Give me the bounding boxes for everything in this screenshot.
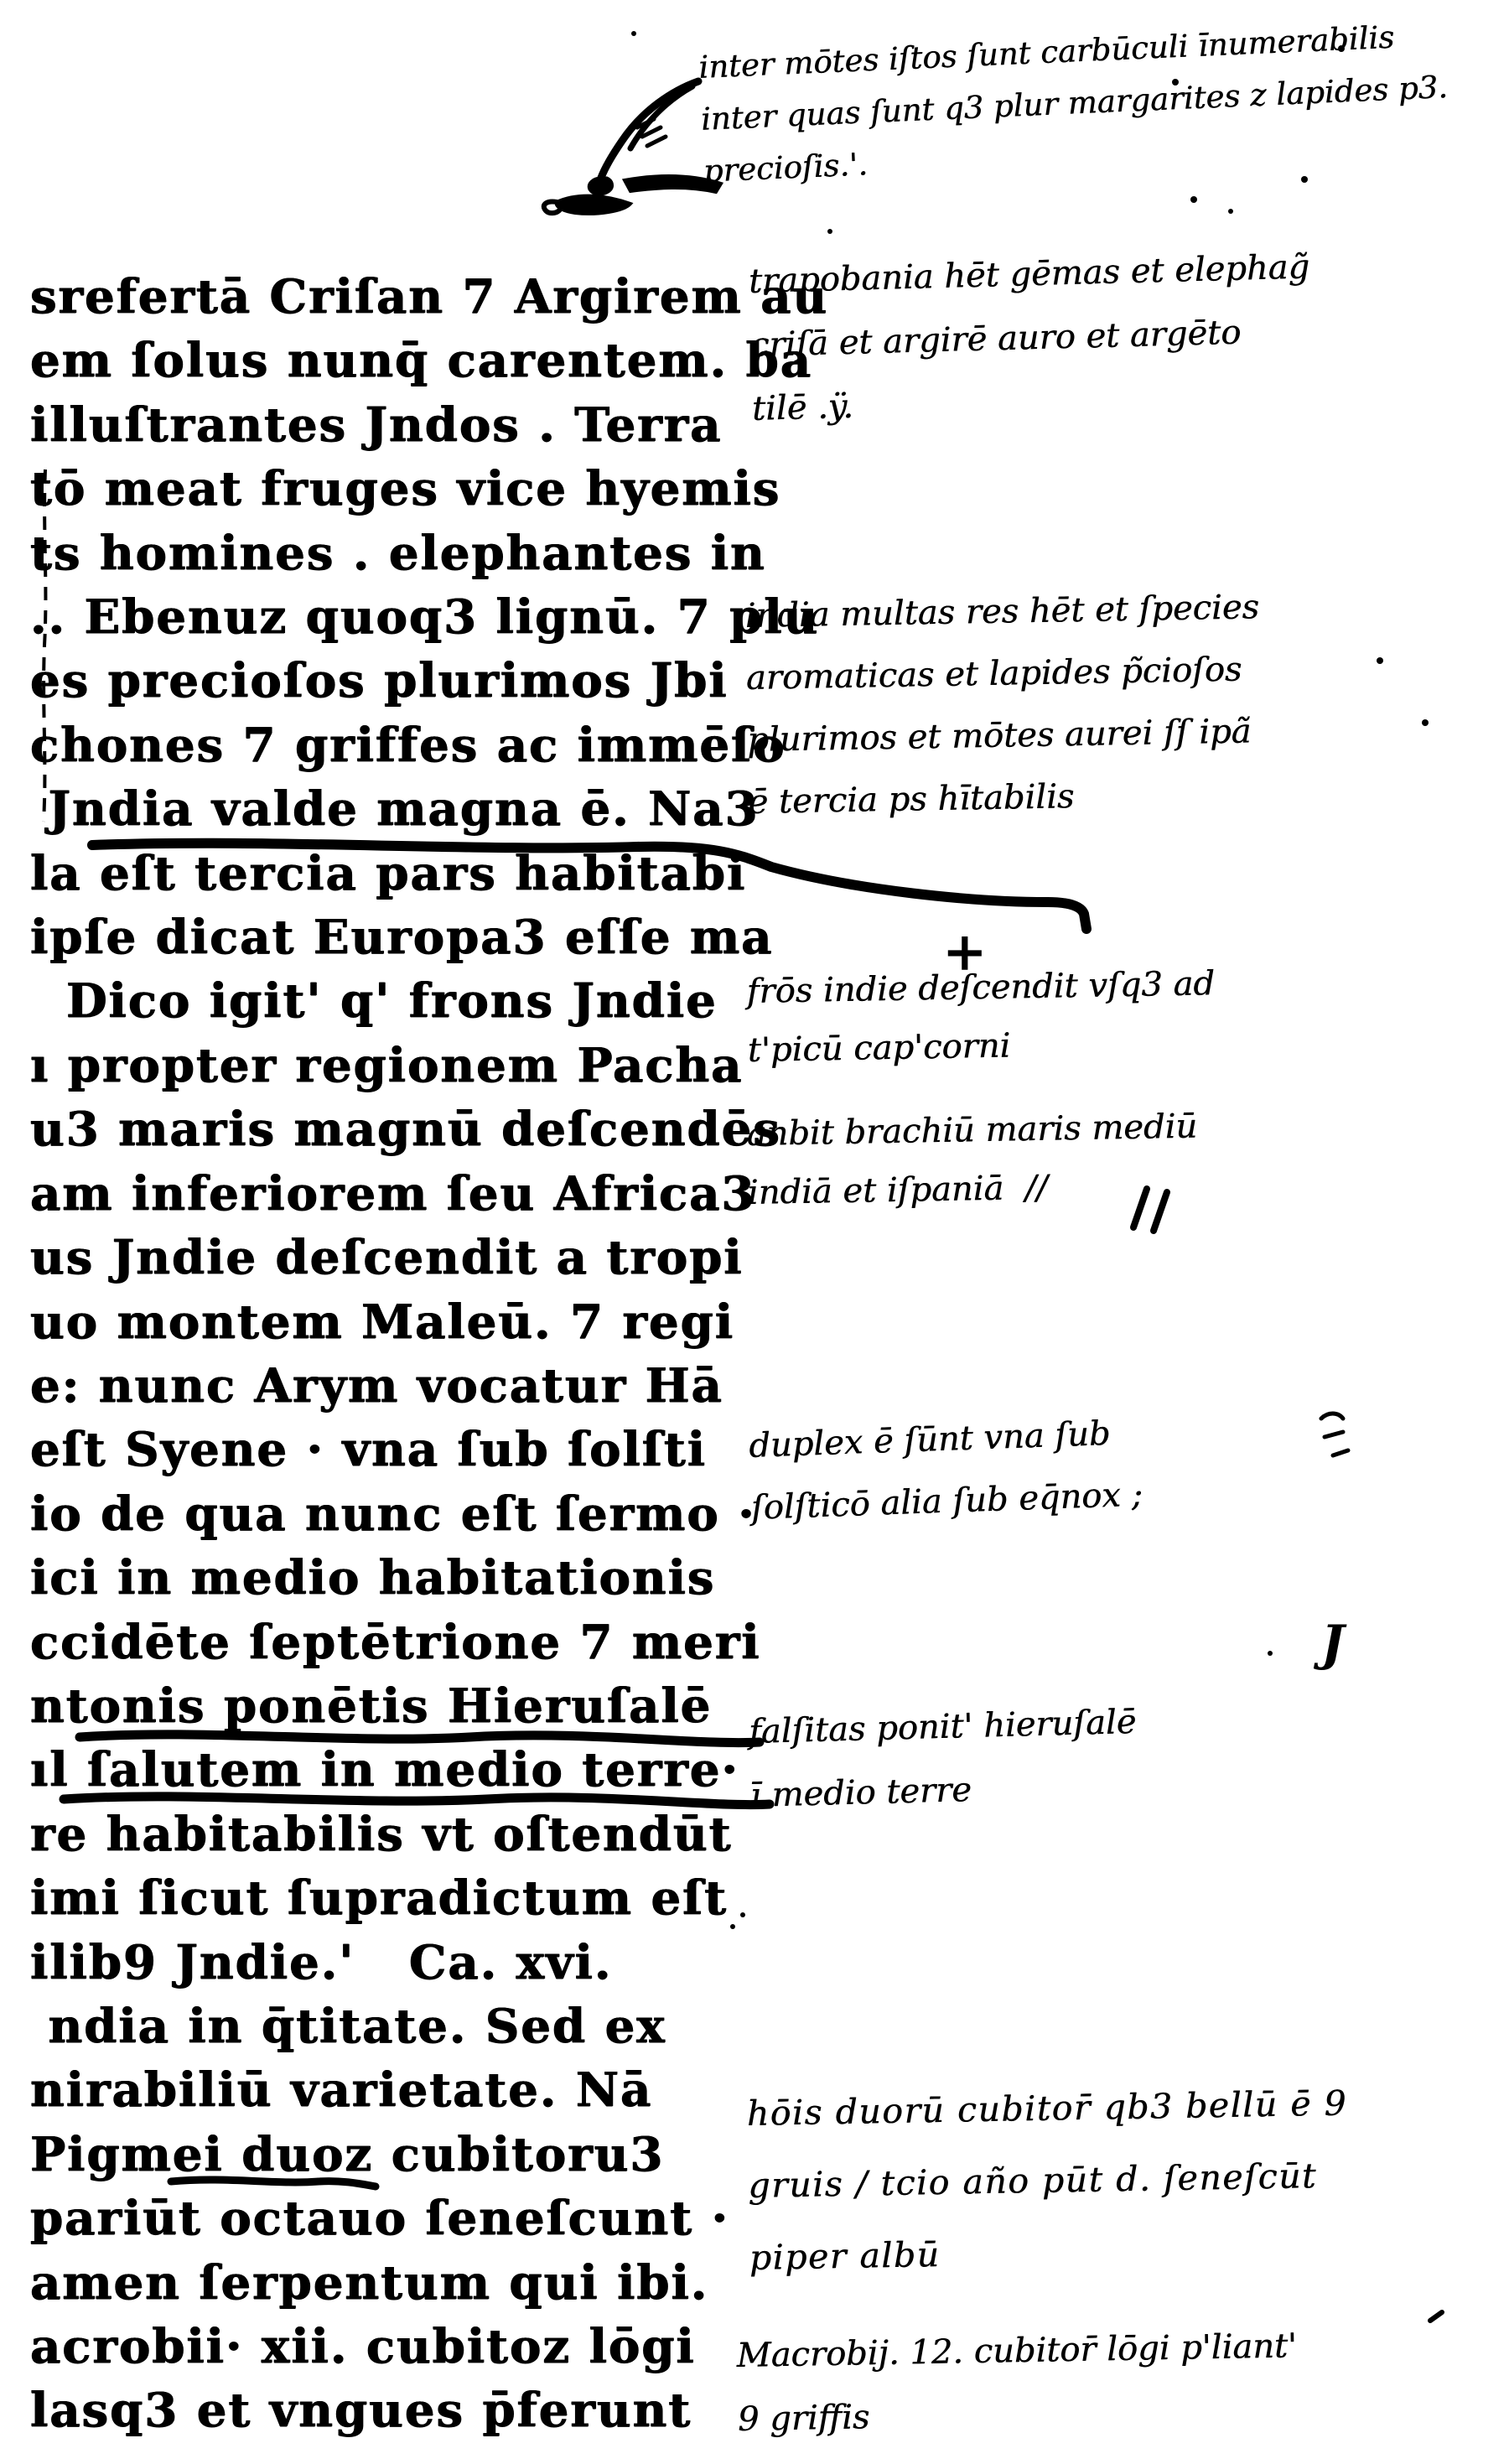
annotation-line: anbit brachiū maris mediū	[746, 1097, 1198, 1164]
printed-text-line: ıl ſalutem in medio terre·	[30, 1738, 785, 1802]
printed-text-line: Jndia valde magna ē. Na3	[30, 777, 785, 841]
printed-text-line: ici in medio habitationis	[30, 1546, 785, 1610]
printed-text-line: imi ſicut ſupradictum eſt	[30, 1866, 785, 1930]
printed-text-line: Pigmei duoz cubitoru3	[30, 2123, 785, 2186]
top-marginal-annotation: inter mōtes iſtos ſunt carbūculi īnumera…	[697, 9, 1451, 198]
printed-text-column: srefertā Criſan 7 Argirem auem ſolus nun…	[30, 265, 785, 2443]
jot-mark: J	[1321, 1615, 1344, 1672]
printed-text-line: uo montem Maleū. 7 regi	[30, 1290, 785, 1354]
marginal-note-duplex: duplex ē ſūnt vna ſubſolſticō alia ſub e…	[748, 1402, 1143, 1539]
marginal-note-macrobii: Macrobij. 12. cubitor̄ lōgi p'liant'9 gr…	[736, 2314, 1299, 2451]
quill-pen-drawing	[544, 81, 721, 214]
flourish-marks	[1321, 1414, 1348, 1455]
annotation-line: t'picū cap'corni	[747, 1013, 1216, 1080]
printed-text-line: Dico igit' q' frons Jndie	[30, 969, 785, 1033]
annotation-line: indiā et iſpaniā //	[747, 1156, 1199, 1222]
printed-text-line: amen ſerpentum qui ibi.	[30, 2251, 785, 2315]
printed-text-line: us Jndie deſcendit a tropi	[30, 1226, 785, 1289]
printed-text-line: em ſolus nunq̄ carentem. ba	[30, 329, 785, 392]
printed-text-line: illuſtrantes Jndos . Terra	[30, 393, 785, 457]
printed-text-line: ilib9 Jndie.' Ca. xvi.	[30, 1931, 785, 1995]
printed-text-line: eſt Syene · vna ſub ſolſti	[30, 1418, 785, 1481]
annotation-line: piper albū	[749, 2211, 1351, 2293]
printed-text-line: u3 maris magnū deſcendēs	[30, 1097, 785, 1161]
printed-text-line: ı propter regionem Pacha	[30, 1034, 785, 1097]
printed-text-line: .. Ebenuz quoq3 lignū. 7 plu	[30, 585, 785, 649]
annotation-line: india multas res hēt et ſpecies	[744, 576, 1260, 647]
marginal-note-india-res: india multas res hēt et ſpeciesaromatica…	[744, 576, 1263, 833]
marginal-note-falsitas: falſitas ponit' hieruſalēī medio terre	[748, 1690, 1138, 1828]
printed-text-line: ccidēte ſeptētrione 7 meri	[30, 1611, 785, 1674]
annotation-line: Macrobij. 12. cubitor̄ lōgi p'liant'	[736, 2314, 1298, 2388]
printed-text-line: tō meat fruges vice hyemis	[30, 457, 785, 521]
marginal-note-taprobana: trapobania hēt gēmas et elephag̃criſā et…	[748, 235, 1314, 440]
marginal-note-homines: hōis duorū cubitor̄ qb3 bellū ē 9gruis /…	[746, 2067, 1351, 2293]
annotation-line: ſolſticō alia ſub eq̄nox ;	[750, 1464, 1144, 1539]
printed-text-line: chones 7 griffes ac immēſo	[30, 713, 785, 777]
printed-text-line: am inferiorem ſeu Africa3	[30, 1162, 785, 1226]
marginal-note-ambit: anbit brachiū maris mediūindiā et iſpani…	[746, 1097, 1199, 1222]
annotation-line: 9 griffis	[737, 2378, 1299, 2451]
printed-text-line: srefertā Criſan 7 Argirem au	[30, 265, 785, 329]
printed-text-line: pariūt octauo ſeneſcunt ·	[30, 2186, 785, 2250]
ink-dash	[1430, 2312, 1442, 2321]
printed-text-line: acrobii· xii. cubitoz lōgi	[30, 2315, 785, 2378]
annotation-line: falſitas ponit' hieruſalē	[748, 1690, 1137, 1764]
printed-text-line: ndia in q̄titate. Sed ex	[30, 1995, 785, 2058]
annotation-line: ī medio terre	[749, 1754, 1138, 1828]
printed-text-line: e: nunc Arym vocatur Hā	[30, 1354, 785, 1418]
printed-text-line: ts homines . elephantes in	[30, 521, 785, 585]
annotation-line: aromaticas et lapides p̃cioſos	[745, 638, 1261, 709]
scanned-page: inter mōtes iſtos ſunt carbūculi īnumera…	[0, 0, 1509, 2464]
marginal-note-frons-indie: frōs indie deſcendit vſq3 adt'picū cap'c…	[746, 954, 1216, 1080]
annotation-line: hōis duorū cubitor̄ qb3 bellū ē 9	[746, 2067, 1348, 2149]
printed-text-line: ipſe dicat Europa3 eſſe ma	[30, 905, 785, 969]
printed-text-line: es precioſos plurimos Jbi	[30, 649, 785, 713]
printed-text-line: io de qua nunc eſt ſermo ·	[30, 1482, 785, 1546]
printed-text-line: nirabiliū varietate. Nā	[30, 2058, 785, 2122]
annotation-line: ē tercia ps hītabilis	[748, 762, 1263, 833]
annotation-line: frōs indie deſcendit vſq3 ad	[746, 954, 1215, 1021]
printed-text-line: re habitabilis vt oſtendūt	[30, 1803, 785, 1866]
annotation-line: plurimos et mōtes aurei ſſ ipã	[747, 700, 1263, 771]
annotation-line: tilē .ÿ.	[751, 362, 1314, 440]
printed-text-line: la eſt tercia pars habitabi	[30, 842, 785, 905]
printed-text-line: ntonis ponētis Hieruſalē	[30, 1674, 785, 1738]
annotation-line: gruis / tcio año pūt d. ſeneſcūt	[748, 2139, 1350, 2221]
printed-text-line: lasq3 et vngues p̄ferunt	[30, 2378, 785, 2442]
